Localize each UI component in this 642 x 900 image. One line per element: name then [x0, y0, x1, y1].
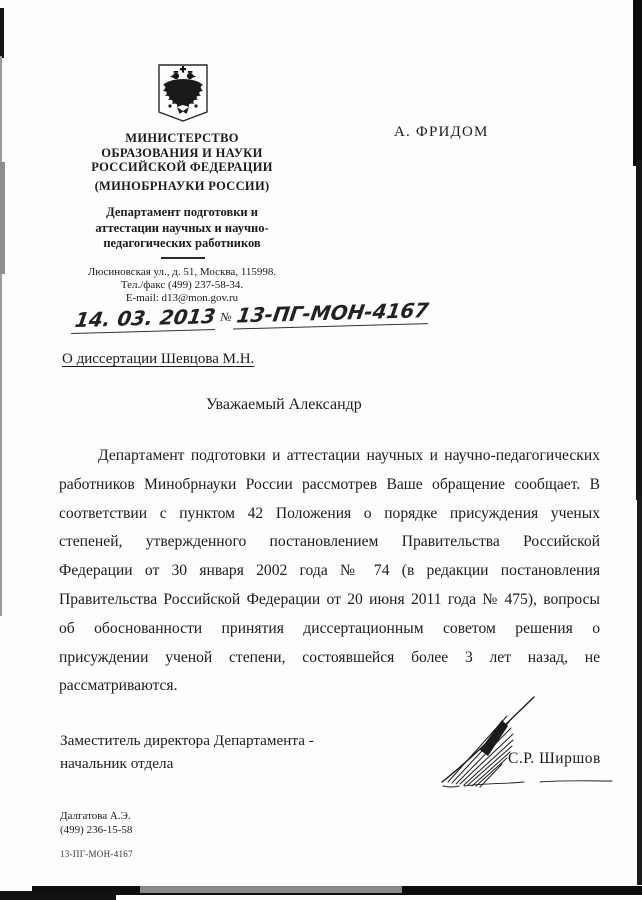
letterhead-divider [161, 257, 205, 259]
department-line: аттестации научных и научно- [32, 221, 332, 237]
department-name: Департамент подготовки и аттестации науч… [32, 205, 332, 252]
address-block: Люсиновская ул., д. 51, Москва, 115998. … [32, 266, 332, 305]
ministry-line: ОБРАЗОВАНИЯ И НАУКИ [32, 146, 332, 161]
department-line: педагогических работников [32, 236, 332, 252]
scan-artifact-right-bar-mid [636, 160, 642, 500]
scan-artifact-bottom-bar-left [0, 891, 116, 900]
recipient-name: А. ФРИДОМ [394, 124, 489, 141]
signature-icon [428, 686, 633, 798]
scan-artifact-left-mark [0, 8, 4, 58]
executor-phone: (499) 236-15-58 [60, 824, 132, 838]
handwritten-number: 13-ПГ-МОН-4167 [233, 298, 432, 330]
signer-title-line: Заместитель директора Департамента - [60, 729, 390, 752]
ministry-name: МИНИСТЕРСТВО ОБРАЗОВАНИЯ И НАУКИ РОССИЙС… [32, 131, 332, 193]
signer-title-line: начальник отдела [60, 752, 390, 775]
letter-body: Департамент подготовки и аттестации науч… [59, 442, 600, 701]
address-line: Тел./факс (499) 237-58-34. [32, 279, 332, 292]
footer-reference-number: 13-ПГ-МОН-4167 [60, 849, 133, 859]
scanned-letter-page: МИНИСТЕРСТВО ОБРАЗОВАНИЯ И НАУКИ РОССИЙС… [0, 0, 642, 900]
scan-artifact-left-band [0, 162, 5, 274]
address-line: Люсиновская ул., д. 51, Москва, 115998. [32, 266, 332, 279]
number-sign: № [219, 310, 233, 324]
ministry-line: РОССИЙСКОЙ ФЕДЕРАЦИИ [32, 160, 332, 175]
signer-title: Заместитель директора Департамента - нач… [60, 729, 390, 775]
handwritten-reference-line: 14. 03. 2013№13-ПГ-МОН-4167 [69, 298, 434, 346]
ministry-line: МИНИСТЕРСТВО [32, 131, 332, 146]
scan-artifact-right-bar-top [633, 0, 642, 166]
salutation: Уважаемый Александр [206, 396, 362, 414]
subject-line: О диссертации Шевцова М.Н. [62, 351, 254, 368]
signer-name: С.Р. Ширшов [508, 750, 601, 768]
scan-artifact-right-bar-bottom [637, 495, 642, 885]
ministry-short-name: (МИНОБРНАУКИ РОССИИ) [32, 179, 332, 194]
executor-name: Далгатова А.Э. [60, 810, 132, 824]
coat-of-arms-icon [155, 62, 211, 126]
scan-artifact-left-line [0, 56, 2, 616]
handwritten-date: 14. 03. 2013 [71, 304, 219, 334]
department-line: Департамент подготовки и [32, 205, 332, 221]
scan-artifact-bottom-bar-gray [140, 886, 402, 893]
executor-contact: Далгатова А.Э. (499) 236-15-58 [60, 810, 132, 837]
